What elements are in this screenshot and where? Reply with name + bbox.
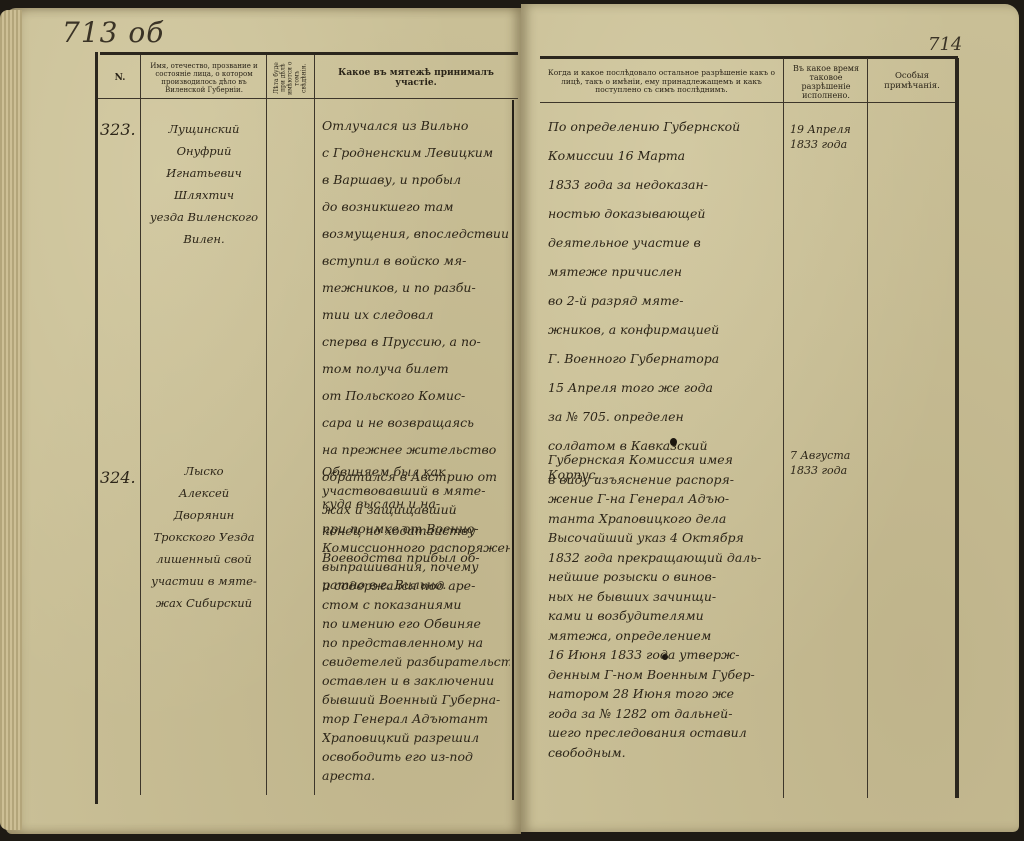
text-line: натором 28 Июня того же [548, 684, 780, 704]
ink-blot [670, 438, 677, 446]
text-line: от Польского Комис- [322, 382, 510, 409]
text-line: и содержался под аре- [322, 576, 510, 595]
entry-executed-date: 19 Апреля 1833 года [790, 122, 866, 152]
header-number: N. [100, 58, 140, 98]
text-line: Губернская Комиссия имея [548, 450, 780, 470]
text-line: стом с показаниями [322, 595, 510, 614]
text-line: Г. Военного Губернатора [548, 344, 780, 373]
date-line: 1833 года [790, 463, 866, 478]
name-line: Игнатьевич [142, 162, 266, 184]
text-line: Отлучался из Вильно [322, 112, 510, 139]
date-line: 1833 года [790, 137, 866, 152]
name-line: Лыско [142, 460, 266, 482]
text-line: по представленному на [322, 633, 510, 652]
text-line: Обвиняем был как [322, 462, 510, 481]
text-line: ностью доказывающей [548, 199, 780, 228]
entry-resolution: Губернская Комиссия имея в виду изъяснен… [548, 450, 780, 762]
name-line: уезда Виленского [142, 206, 266, 228]
text-line: до возникшего там [322, 193, 510, 220]
text-line: Комиссионного распоряжения [322, 538, 510, 557]
text-line: года за № 1282 от дальней- [548, 704, 780, 724]
header-name: Имя, отечество, прозвание и состояніе ли… [142, 58, 266, 98]
top-rule-right [540, 56, 958, 59]
col-divider-narrow [314, 55, 315, 795]
entry-participation: Обвиняем был как участвовавший в мяте- ж… [322, 462, 510, 785]
left-frame-rule [95, 52, 98, 804]
text-line: ных не бывших зачинщи- [548, 587, 780, 607]
header-resolution: Когда и какое послѣдовало остальное разр… [540, 62, 783, 102]
name-line: Дворянин [142, 504, 266, 526]
name-line: жах Сибирский [142, 592, 266, 614]
text-line: сара и не возвращаясь [322, 409, 510, 436]
col-divider-participation-right [512, 100, 514, 800]
text-line: ками и возбудителями [548, 606, 780, 626]
entry-name: Лыско Алексей Дворянин Трокского Уезда л… [142, 460, 266, 614]
text-line: вступил в войско мя- [322, 247, 510, 274]
text-line: 16 Июня 1833 года утверж- [548, 645, 780, 665]
text-line: 1833 года за недоказан- [548, 170, 780, 199]
folio-number-right: 714 [928, 34, 962, 55]
entry-resolution: По определению Губернской Комиссии 16 Ма… [548, 112, 780, 489]
text-line: при поимке от Военно- [322, 519, 510, 538]
name-line: Онуфрий [142, 140, 266, 162]
text-line: ареста. [322, 766, 510, 785]
text-line: бывший Военный Губерна- [322, 690, 510, 709]
text-line: в виду изъяснение распоря- [548, 470, 780, 490]
text-line: в Варшаву, и пробыл [322, 166, 510, 193]
text-line: 15 Апреля того же года [548, 373, 780, 402]
text-line: освободить его из-под [322, 747, 510, 766]
text-line: свидетелей разбирательств [322, 652, 510, 671]
text-line: выпрашивания, почему [322, 557, 510, 576]
text-line: свободным. [548, 743, 780, 763]
header-participation: Какое въ мятежѣ принималъ участіе. [316, 58, 516, 98]
text-line: сперва в Пруссию, а по- [322, 328, 510, 355]
name-line: Лущинский [142, 118, 266, 140]
col-divider-executed [867, 58, 868, 798]
name-line: Вилен. [142, 228, 266, 250]
text-line: том получа билет [322, 355, 510, 382]
text-line: танта Храповицкого дела [548, 509, 780, 529]
text-line: Храповицкий разрешил [322, 728, 510, 747]
header-remarks: Особыя примѣчанія. [869, 62, 955, 102]
entry-number: 323. [100, 120, 136, 140]
text-line: Высочайший указ 4 Октября [548, 528, 780, 548]
text-line: возмущения, впоследствии [322, 220, 510, 247]
name-line: участии в мяте- [142, 570, 266, 592]
text-line: за № 705. определен [548, 402, 780, 431]
header-bottom-rule-left [98, 98, 518, 99]
text-line: участвовавший в мяте- [322, 481, 510, 500]
top-rule-left [100, 52, 518, 55]
text-line: тии их следовал [322, 301, 510, 328]
text-line: шего преследования оставил [548, 723, 780, 743]
folio-number-left: 713 об [62, 16, 164, 49]
text-line: оставлен и в заключении [322, 671, 510, 690]
right-frame-rule [955, 58, 959, 798]
name-line: лишенный свой [142, 548, 266, 570]
text-line: нейшие розыски о винов- [548, 567, 780, 587]
header-bottom-rule-right [540, 102, 955, 103]
text-line: Комиссии 16 Марта [548, 141, 780, 170]
name-line: Алексей [142, 482, 266, 504]
col-divider-resolution [783, 58, 784, 798]
col-divider-number [140, 55, 141, 795]
text-line: на прежнее жительство [322, 436, 510, 463]
entry-number: 324. [100, 468, 136, 488]
header-narrow: Лѣта буде при дѣлѣ имѣются о томъ свѣдѣн… [268, 58, 314, 98]
text-line: мятеже причислен [548, 257, 780, 286]
text-line: по имению его Обвиняе [322, 614, 510, 633]
entry-name: Лущинский Онуфрий Игнатьевич Шляхтич уез… [142, 118, 266, 250]
text-line: денным Г-ном Военным Губер- [548, 665, 780, 685]
text-line: во 2-й разряд мяте- [548, 286, 780, 315]
text-line: 1832 года прекращающий даль- [548, 548, 780, 568]
text-line: жников, а конфирмацией [548, 315, 780, 344]
text-line: деятельное участие в [548, 228, 780, 257]
date-line: 19 Апреля [790, 122, 866, 137]
col-divider-name [266, 55, 267, 795]
text-line: с Гродненским Левицким [322, 139, 510, 166]
date-line: 7 Августа [790, 448, 866, 463]
header-executed: Въ какое время таковое разрѣшеніе исполн… [785, 62, 867, 102]
text-line: По определению Губернской [548, 112, 780, 141]
text-line: жах и защищавший [322, 500, 510, 519]
text-line: тежников, и по разби- [322, 274, 510, 301]
text-line: мятежа, определением [548, 626, 780, 646]
entry-executed-date: 7 Августа 1833 года [790, 448, 866, 478]
name-line: Трокского Уезда [142, 526, 266, 548]
text-line: тор Генерал Адъютант [322, 709, 510, 728]
text-line: жение Г-на Генерал Адъю- [548, 489, 780, 509]
page-edges [0, 10, 22, 830]
name-line: Шляхтич [142, 184, 266, 206]
